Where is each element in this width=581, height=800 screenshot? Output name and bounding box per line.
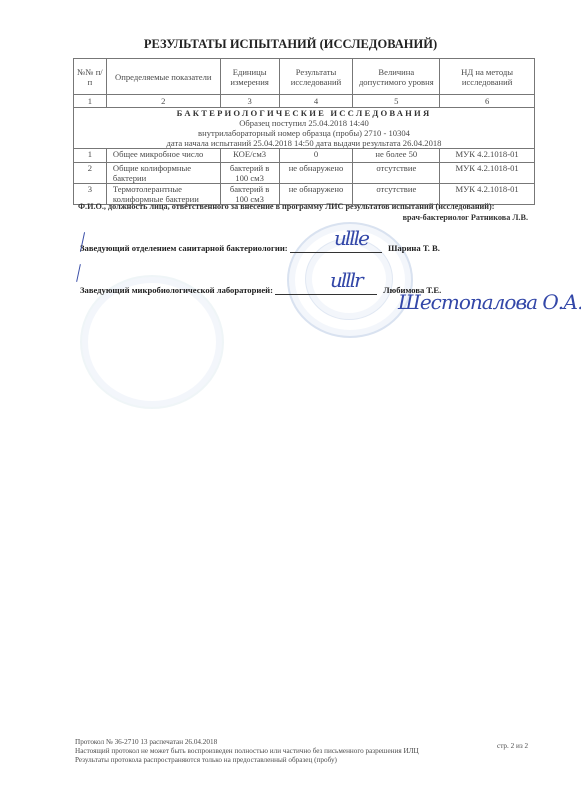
row-num: 1 bbox=[74, 149, 107, 163]
header-unit: Единицы измерения bbox=[220, 59, 279, 95]
footer-protocol: Протокол № 36-2710 13 распечатан 26.04.2… bbox=[75, 738, 419, 747]
responsible-label: Ф.И.О., должность лица, ответственного з… bbox=[78, 202, 538, 211]
sample-received: Образец поступил 25.04.2018 14:40 bbox=[76, 118, 532, 128]
row-method: МУК 4.2.1018-01 bbox=[440, 163, 535, 184]
section-info: БАКТЕРИОЛОГИЧЕСКИЕ ИССЛЕДОВАНИЯ Образец … bbox=[74, 108, 535, 149]
column-number: 5 bbox=[353, 95, 440, 108]
faint-stamp bbox=[80, 275, 224, 409]
signer-name: Шарина Т. В. bbox=[388, 243, 440, 253]
handwritten-note: Шестопалова О.А. bbox=[398, 290, 581, 314]
responsible-person-block: Ф.И.О., должность лица, ответственного з… bbox=[78, 202, 538, 222]
header-result: Результаты исследований bbox=[279, 59, 353, 95]
table-header-row: №№ п/п Определяемые показатели Единицы и… bbox=[74, 59, 535, 95]
pen-mark bbox=[76, 264, 81, 282]
results-table: №№ п/п Определяемые показатели Единицы и… bbox=[73, 58, 535, 205]
section-header-row: БАКТЕРИОЛОГИЧЕСКИЕ ИССЛЕДОВАНИЯ Образец … bbox=[74, 108, 535, 149]
column-number: 4 bbox=[279, 95, 353, 108]
signature-line-2: Заведующий микробиологической лаборатори… bbox=[80, 284, 441, 295]
table-row: 1 Общее микробное число КОЕ/см3 0 не бол… bbox=[74, 149, 535, 163]
row-indicator: Общее микробное число bbox=[106, 149, 220, 163]
document-footer: Протокол № 36-2710 13 распечатан 26.04.2… bbox=[75, 738, 419, 765]
signature-scribble-2: ulllr bbox=[330, 268, 362, 292]
signature-line-1: Заведующий отделением санитарной бактери… bbox=[80, 242, 440, 253]
header-indicator: Определяемые показатели bbox=[106, 59, 220, 95]
row-unit: КОЕ/см3 bbox=[220, 149, 279, 163]
header-num: №№ п/п bbox=[74, 59, 107, 95]
signer-role: Заведующий отделением санитарной бактери… bbox=[80, 243, 288, 253]
row-method: МУК 4.2.1018-01 bbox=[440, 149, 535, 163]
footer-scope-notice: Результаты протокола распространяются то… bbox=[75, 756, 419, 765]
row-result: 0 bbox=[279, 149, 353, 163]
header-limit: Величина допустимого уровня bbox=[353, 59, 440, 95]
test-dates: дата начала испытаний 25.04.2018 14:50 д… bbox=[76, 138, 532, 148]
sample-number: внутрилабораторный номер образца (пробы)… bbox=[76, 128, 532, 138]
column-number: 6 bbox=[440, 95, 535, 108]
row-indicator: Общие колиформные бактерии bbox=[106, 163, 220, 184]
column-number-row: 1 2 3 4 5 6 bbox=[74, 95, 535, 108]
signer-role: Заведующий микробиологической лаборатори… bbox=[80, 285, 273, 295]
column-number: 2 bbox=[106, 95, 220, 108]
header-method: НД на методы исследований bbox=[440, 59, 535, 95]
row-num: 2 bbox=[74, 163, 107, 184]
column-number: 1 bbox=[74, 95, 107, 108]
column-number: 3 bbox=[220, 95, 279, 108]
page-number: стр. 2 из 2 bbox=[497, 742, 528, 750]
footer-reproduction-notice: Настоящий протокол не может быть воспрои… bbox=[75, 747, 419, 756]
signature-scribble-1: ullle bbox=[334, 226, 368, 250]
row-unit: бактерий в 100 см3 bbox=[220, 163, 279, 184]
section-title: БАКТЕРИОЛОГИЧЕСКИЕ ИССЛЕДОВАНИЯ bbox=[76, 108, 532, 118]
row-limit: отсутствие bbox=[353, 163, 440, 184]
table-row: 2 Общие колиформные бактерии бактерий в … bbox=[74, 163, 535, 184]
row-result: не обнаружено bbox=[279, 163, 353, 184]
document-title: РЕЗУЛЬТАТЫ ИСПЫТАНИЙ (ИССЛЕДОВАНИЙ) bbox=[0, 37, 581, 52]
row-limit: не более 50 bbox=[353, 149, 440, 163]
responsible-person: врач-бактериолог Ратникова Л.В. bbox=[78, 213, 538, 222]
